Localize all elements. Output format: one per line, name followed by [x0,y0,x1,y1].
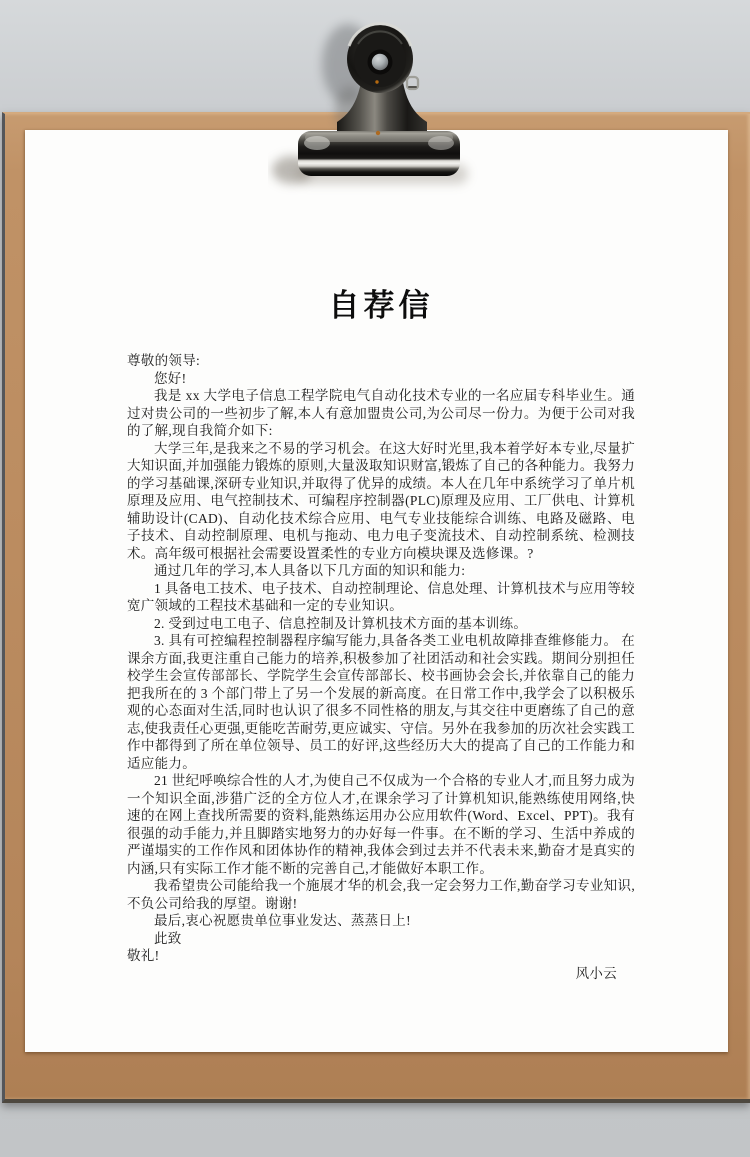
letter-paragraph: 3. 具有可控编程控制器程序编写能力,具备各类工业电机故障排查维修能力。 在课余… [127,632,635,772]
letter-paragraph: 通过几年的学习,本人具备以下几方面的知识和能力: [127,562,635,580]
letter-paragraph: 尊敬的领导: [127,352,635,370]
binder-clip-icon [268,12,498,212]
letter-paragraph: 我是 xx 大学电子信息工程学院电气自动化技术专业的一名应届专科毕业生。通过对贵… [127,387,635,440]
letter-paragraph: 最后,衷心祝愿贵单位事业发达、蒸蒸日上! [127,912,635,930]
letter-paragraph: 敬礼! [127,947,635,965]
letter-paragraph: 您好! [127,370,635,388]
letter-paper: 自荐信 尊敬的领导:您好!我是 xx 大学电子信息工程学院电气自动化技术专业的一… [25,130,728,1052]
letter-paragraph: 21 世纪呼唤综合性的人才,为使自己不仅成为一个合格的专业人才,而且努力成为一个… [127,772,635,877]
letter-paragraph: 1 具备电工技术、电子技术、自动控制理论、信息处理、计算机技术与应用等较宽广领域… [127,580,635,615]
letter-body: 尊敬的领导:您好!我是 xx 大学电子信息工程学院电气自动化技术专业的一名应届专… [127,352,635,982]
letter-paragraph: 我希望贵公司能给我一个施展才华的机会,我一定会努力工作,勤奋学习专业知识,不负公… [127,877,635,912]
letter-title: 自荐信 [127,280,635,325]
letter-paragraph: 风小云 [127,965,635,983]
letter-paragraph: 2. 受到过电工电子、信息控制及计算机技术方面的基本训练。 [127,615,635,633]
letter-paragraph: 此致 [127,930,635,948]
letter-paragraph: 大学三年,是我来之不易的学习机会。在这大好时光里,我本着学好本专业,尽量扩大知识… [127,440,635,563]
